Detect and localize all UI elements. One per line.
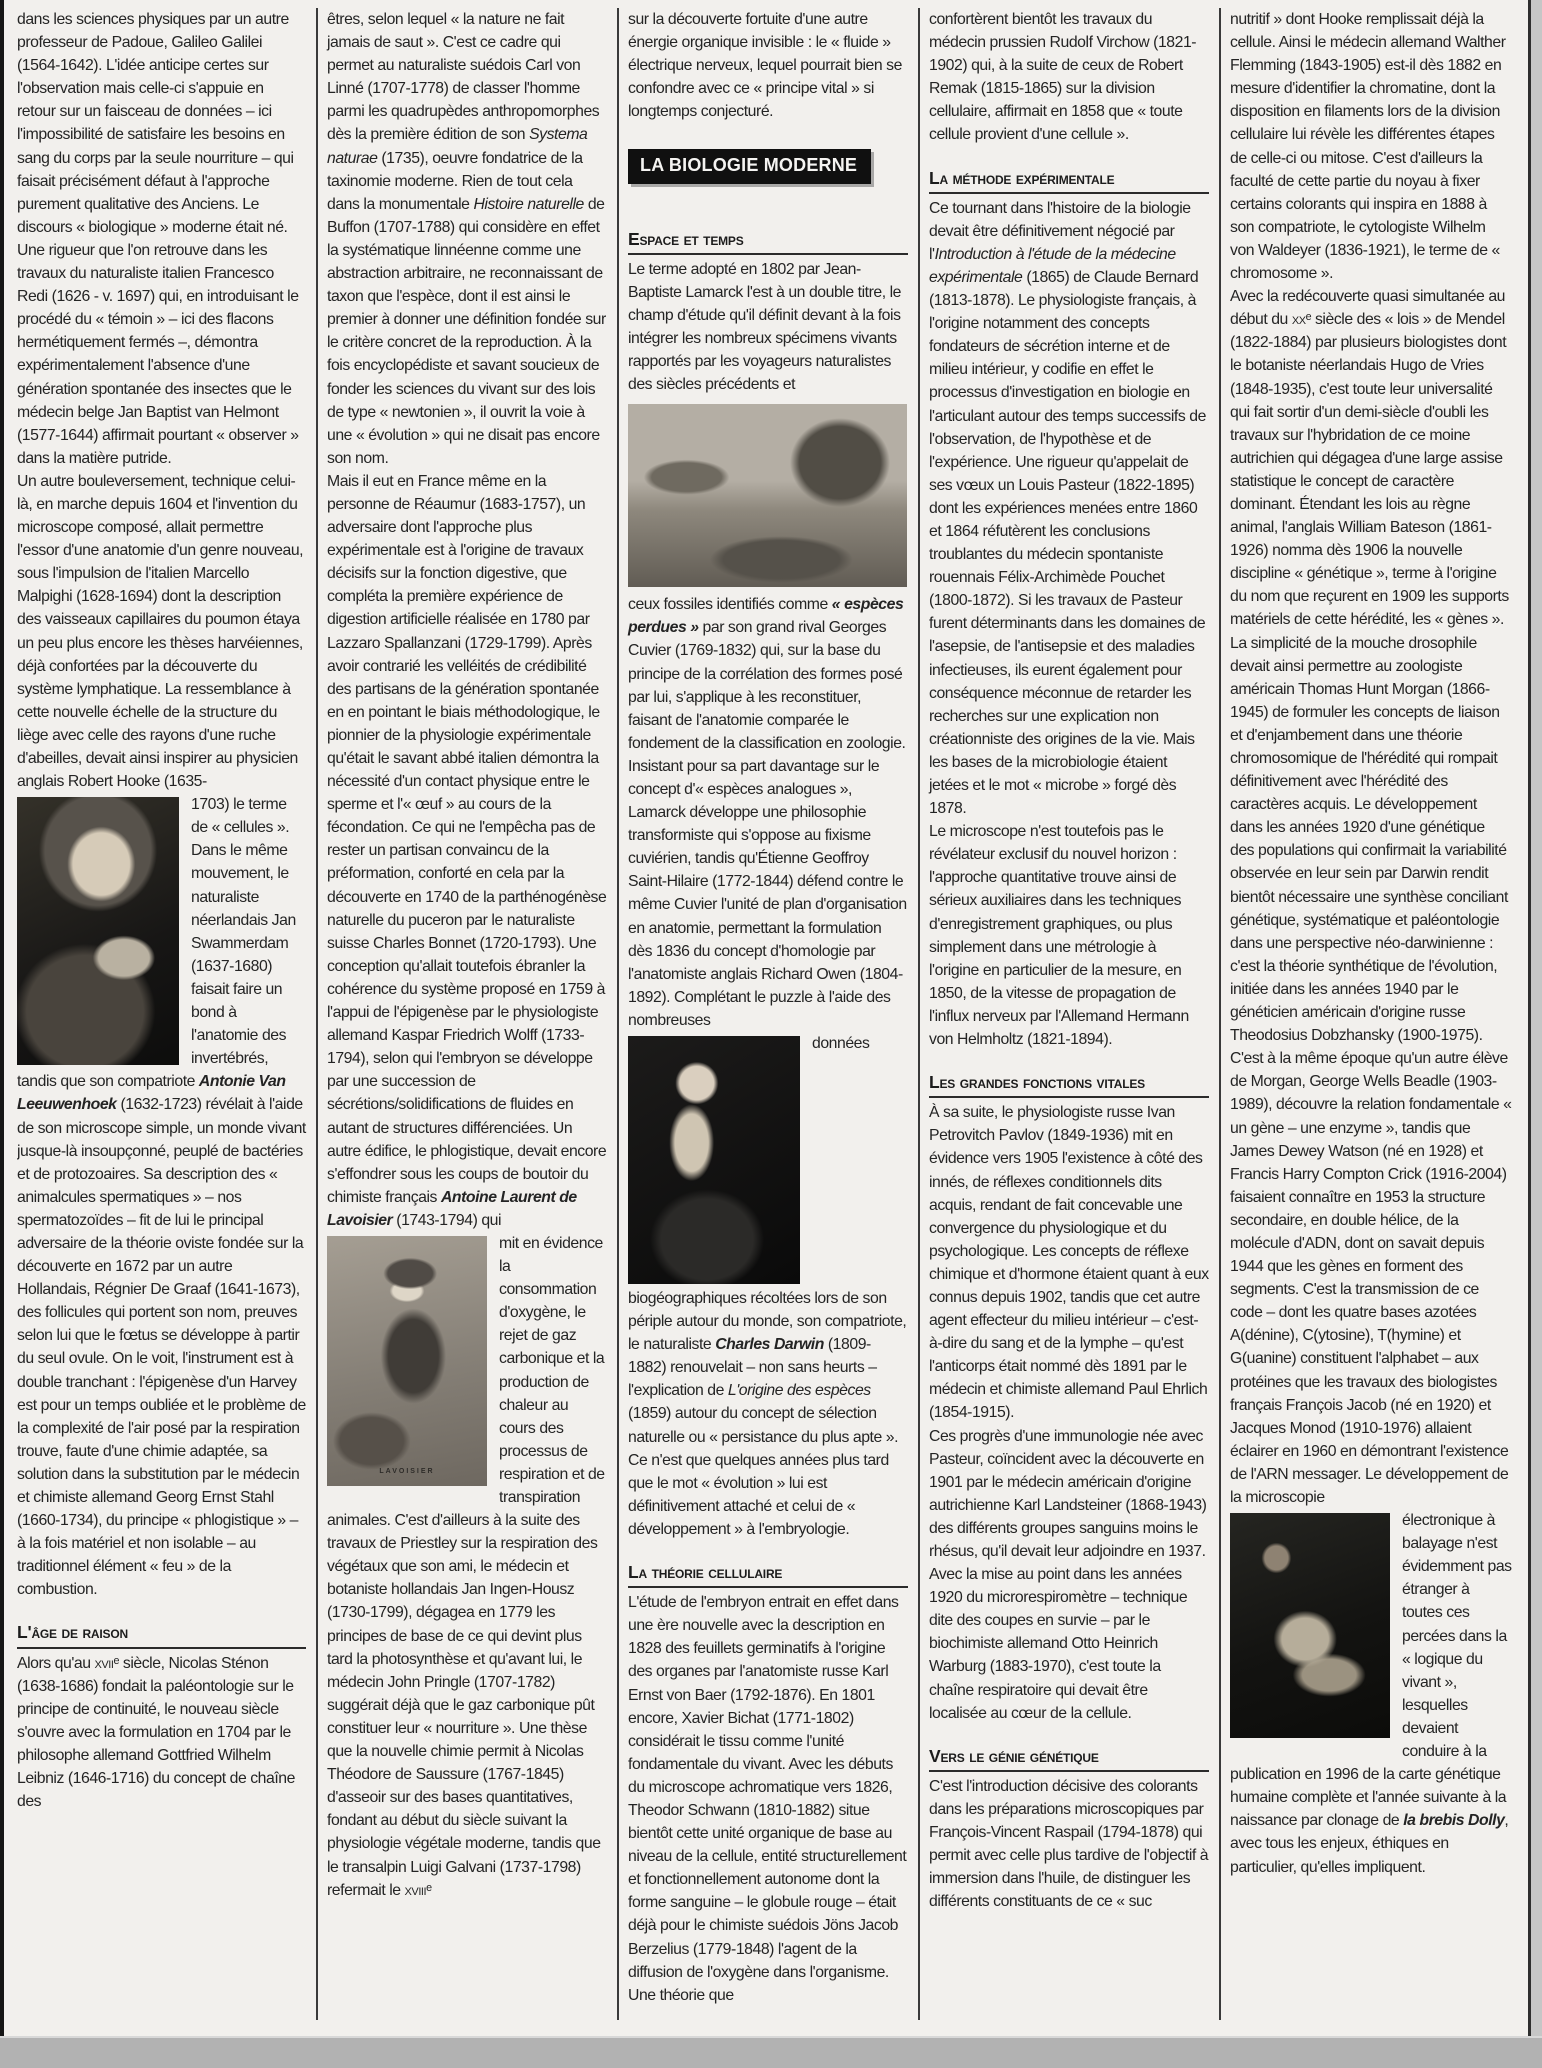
paragraph: Avec la redécouverte quasi simultanée au… xyxy=(1230,285,1512,1509)
paragraph: sur la découverte fortuite d'une autre é… xyxy=(628,8,908,123)
paragraph: Un autre bouleversement, technique celui… xyxy=(17,470,306,793)
section-heading: L'âge de raison xyxy=(17,1621,306,1648)
encyclopedia-page: dans les sciences physiques par un autre… xyxy=(0,0,1531,2038)
section-heading: Les grandes fonctions vitales xyxy=(929,1071,1209,1098)
paragraph: Le microscope n'est toutefois pas le rév… xyxy=(929,820,1209,1051)
fossil-reconstruction-engraving-image xyxy=(628,404,907,587)
page-right-edge xyxy=(1531,0,1542,2038)
text-column-5: nutritif » dont Hooke remplissait déjà l… xyxy=(1221,8,1522,2020)
page-bottom-edge xyxy=(0,2036,1542,2068)
paragraph: nutritif » dont Hooke remplissait déjà l… xyxy=(1230,8,1512,285)
paragraph: Le terme adopté en 1802 par Jean-Baptist… xyxy=(628,258,908,397)
paragraph: ceux fossiles identifiés comme « espèces… xyxy=(628,593,908,1032)
charles-darwin-portrait-image xyxy=(628,1036,800,1284)
dolly-sheep-photo-image xyxy=(1230,1513,1390,1738)
figure-caption: LAVOISIER xyxy=(327,1460,487,1483)
section-heading: La théorie cellulaire xyxy=(628,1561,908,1588)
leeuwenhoek-portrait-image xyxy=(17,797,179,1065)
columns-container: dans les sciences physiques par un autre… xyxy=(4,0,1528,2024)
paragraph: L'étude de l'embryon entrait en effet da… xyxy=(628,1591,908,2007)
paragraph: Mais il eut en France même en la personn… xyxy=(327,470,607,1232)
section-heading: Vers le génie génétique xyxy=(929,1745,1209,1772)
paragraph: confortèrent bientôt les travaux du méde… xyxy=(929,8,1209,147)
paragraph: êtres, selon lequel « la nature ne fait … xyxy=(327,8,607,470)
paragraph: Ces progrès d'une immunologie née avec P… xyxy=(929,1425,1209,1725)
text-column-3: sur la découverte fortuite d'une autre é… xyxy=(619,8,920,2020)
section-heading: Espace et temps xyxy=(628,228,908,255)
paragraph: Alors qu'au xviiᵉ siècle, Nicolas Sténon… xyxy=(17,1652,306,1814)
lavoisier-engraving-image: LAVOISIER xyxy=(327,1236,487,1486)
paragraph: À sa suite, le physiologiste russe Ivan … xyxy=(929,1101,1209,1424)
text-column-4: confortèrent bientôt les travaux du méde… xyxy=(920,8,1221,2020)
paragraph: C'est l'introduction décisive des colora… xyxy=(929,1775,1209,1914)
text-column-2: êtres, selon lequel « la nature ne fait … xyxy=(318,8,619,2020)
section-banner: LA BIOLOGIE MODERNE xyxy=(628,149,871,183)
paragraph: dans les sciences physiques par un autre… xyxy=(17,8,306,239)
paragraph: Une rigueur que l'on retrouve dans les t… xyxy=(17,239,306,470)
paragraph: Ce tournant dans l'histoire de la biolog… xyxy=(929,197,1209,821)
section-heading: La méthode expérimentale xyxy=(929,167,1209,194)
text-column-1: dans les sciences physiques par un autre… xyxy=(17,8,318,2020)
